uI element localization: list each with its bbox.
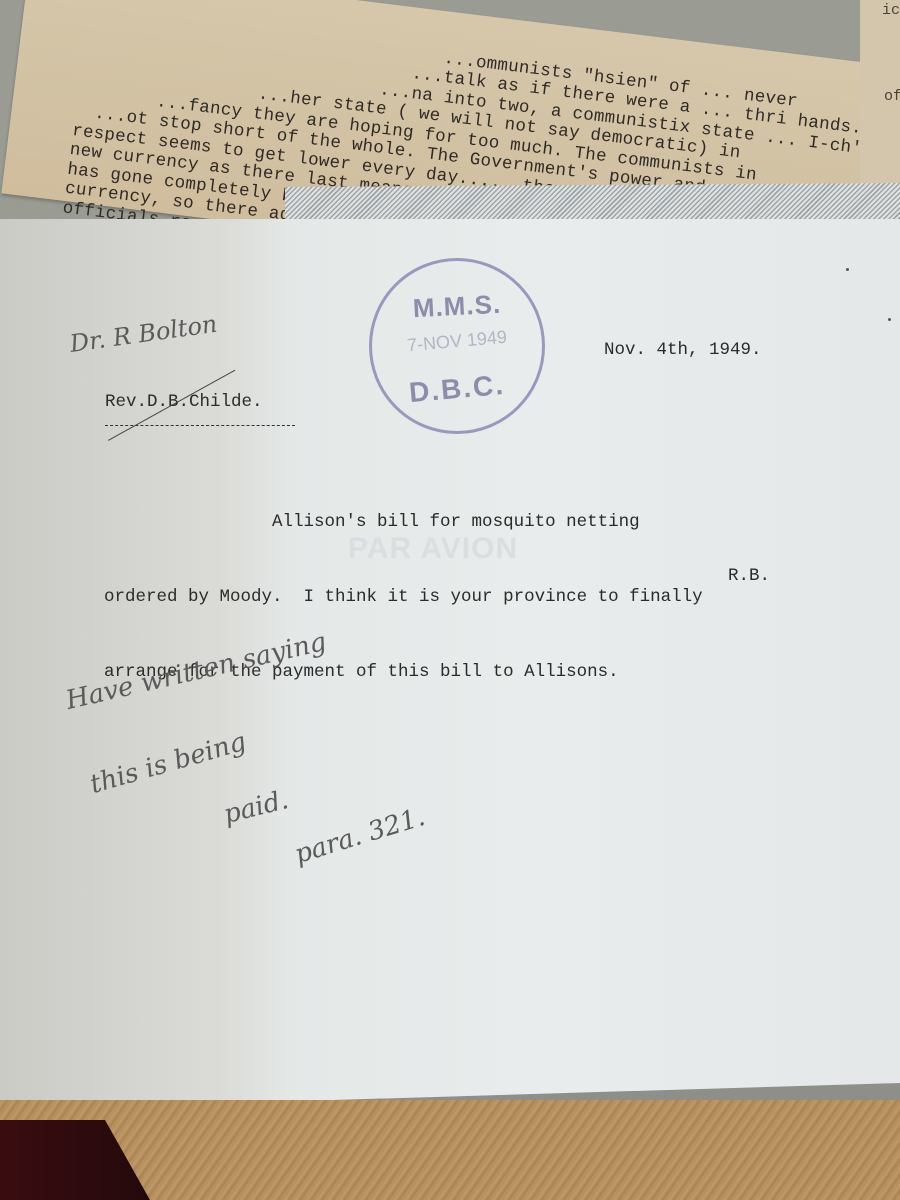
stamp-bottom-text: D.B.C. — [371, 366, 543, 413]
letter-recipient: Rev.D.B.Childe. — [105, 392, 263, 412]
letter-date: Nov. 4th, 1949. — [604, 340, 762, 360]
body-line: Allison's bill for mosquito netting — [104, 510, 703, 535]
airmail-striped-band — [285, 183, 900, 223]
postmark-stamp: M.M.S. 7-NOV 1949 D.B.C. — [369, 258, 545, 434]
stamp-date: 7-NOV 1949 — [371, 324, 542, 360]
paper-speck — [846, 268, 849, 271]
second-clipping-edge: ic of — [860, 0, 900, 185]
paper-speck — [888, 318, 891, 321]
stamp-top-text: M.M.S. — [371, 287, 542, 327]
body-line: ordered by Moody. I think it is your pro… — [104, 585, 703, 610]
clipping-fragment: ic — [882, 2, 900, 19]
letter-initials: R.B. — [728, 566, 770, 586]
clipping-fragment: of — [884, 88, 900, 105]
